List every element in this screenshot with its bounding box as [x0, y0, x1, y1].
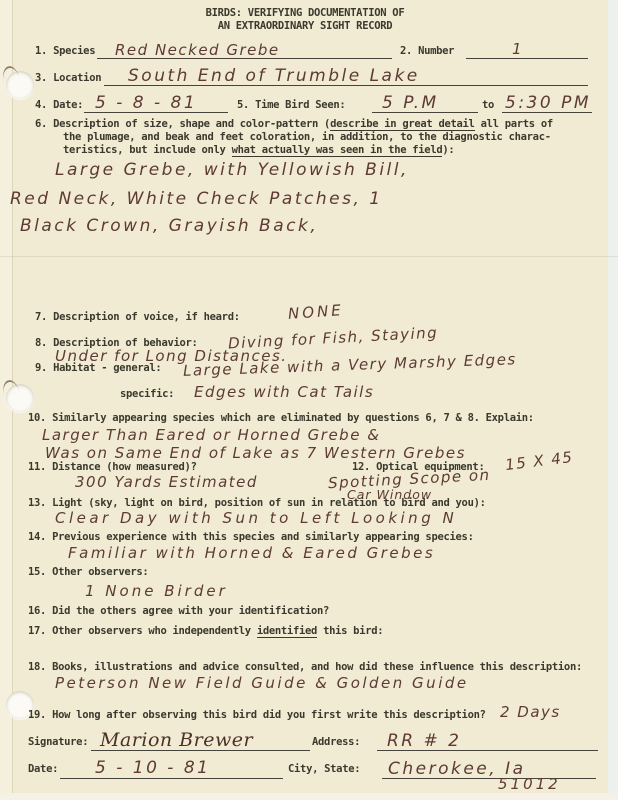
- q6-l3-post: ):: [442, 144, 454, 156]
- q17-pre: 17. Other observers who independently: [28, 625, 257, 637]
- number-line: [466, 58, 588, 59]
- date-label: 4. Date:: [35, 99, 83, 111]
- zip-value: 51012: [498, 775, 561, 793]
- q6-label-line3: teristics, but include only what actuall…: [63, 144, 454, 156]
- signature-value: Marion Brewer: [100, 729, 253, 751]
- q10-answer-line1: Larger Than Eared or Horned Grebe &: [42, 426, 380, 444]
- q9-specific-label: specific:: [120, 388, 174, 400]
- q6-answer-line2: Red Neck, White Check Patches, 1: [10, 189, 383, 209]
- signature-label: Signature:: [28, 736, 88, 748]
- form-title-line2: AN EXTRAORDINARY SIGHT RECORD: [90, 20, 520, 32]
- number-label: 2. Number: [400, 45, 454, 57]
- number-value: 1: [512, 40, 523, 58]
- q18-label: 18. Books, illustrations and advice cons…: [28, 661, 582, 673]
- q10-label: 10. Similarly appearing species which ar…: [28, 412, 534, 424]
- paper-crease: [0, 256, 618, 257]
- form-title-line1: BIRDS: VERIFYING DOCUMENTATION OF: [90, 7, 520, 19]
- scan-right-edge: [608, 0, 618, 800]
- time-to-word: to: [482, 99, 494, 111]
- q17-post: this bird:: [317, 625, 383, 637]
- q6-l3-pre: teristics, but include only: [63, 144, 232, 156]
- q6-l1-post: all parts of: [475, 118, 553, 130]
- city-state-label: City, State:: [288, 763, 360, 775]
- q14-label: 14. Previous experience with this specie…: [28, 531, 474, 543]
- location-label: 3. Location: [35, 72, 101, 84]
- address-label: Address:: [312, 736, 360, 748]
- bottom-date-line: [60, 778, 283, 779]
- q6-l3-underlined: what actually was seen in the field: [232, 144, 443, 157]
- q10-answer-line2: Was on Same End of Lake as 7 Western Gre…: [45, 444, 466, 462]
- q13-label: 13. Light (sky, light on bird, position …: [28, 497, 486, 509]
- q15-answer: 1 None Birder: [85, 582, 228, 600]
- q12-answer-line1: 15 X 45: [504, 448, 574, 474]
- time-to-value: 5:30 PM: [505, 93, 591, 113]
- q15-label: 15. Other observers:: [28, 566, 148, 578]
- q17-underlined: identified: [257, 625, 317, 638]
- bottom-date-value: 5 - 10 - 81: [95, 758, 210, 778]
- date-value: 5 - 8 - 81: [95, 93, 197, 113]
- q6-answer-line1: Large Grebe, with Yellowish Bill,: [55, 160, 409, 180]
- q19-label: 19. How long after observing this bird d…: [28, 709, 486, 721]
- q6-label-line2: the plumage, and beak and feet coloratio…: [63, 131, 551, 143]
- q19-answer: 2 Days: [500, 703, 561, 721]
- q9-label: 9. Habitat - general:: [35, 362, 161, 374]
- q9-specific-answer: Edges with Cat Tails: [194, 383, 374, 401]
- q7-answer: NONE: [287, 301, 344, 323]
- bottom-date-label: Date:: [28, 763, 58, 775]
- scan-bottom-edge: [0, 793, 618, 800]
- q6-l1-underlined: describe in great detail: [330, 118, 475, 131]
- address-value: RR # 2: [387, 731, 462, 751]
- q18-answer: Peterson New Field Guide & Golden Guide: [55, 674, 469, 692]
- q13-answer: Clear Day with Sun to Left Looking N: [55, 509, 457, 527]
- location-value: South End of Trumble Lake: [128, 66, 420, 86]
- q17-label: 17. Other observers who independently id…: [28, 625, 383, 637]
- q7-label: 7. Description of voice, if heard:: [35, 311, 240, 323]
- time-seen-label: 5. Time Bird Seen:: [237, 99, 345, 111]
- species-label: 1. Species: [35, 45, 95, 57]
- q11-answer: 300 Yards Estimated: [75, 473, 258, 491]
- q14-answer: Familiar with Horned & Eared Grebes: [68, 544, 435, 562]
- q11-label: 11. Distance (how measured)?: [28, 461, 197, 473]
- q6-label-line1: 6. Description of size, shape and color-…: [35, 118, 553, 130]
- time-from-value: 5 P.M: [382, 93, 439, 113]
- q16-label: 16. Did the others agree with your ident…: [28, 605, 329, 617]
- scanned-form-page: BIRDS: VERIFYING DOCUMENTATION OF AN EXT…: [0, 0, 618, 800]
- q6-l1-pre: 6. Description of size, shape and color-…: [35, 118, 330, 130]
- q6-answer-line3: Black Crown, Grayish Back,: [20, 216, 318, 236]
- species-value: Red Necked Grebe: [115, 41, 280, 59]
